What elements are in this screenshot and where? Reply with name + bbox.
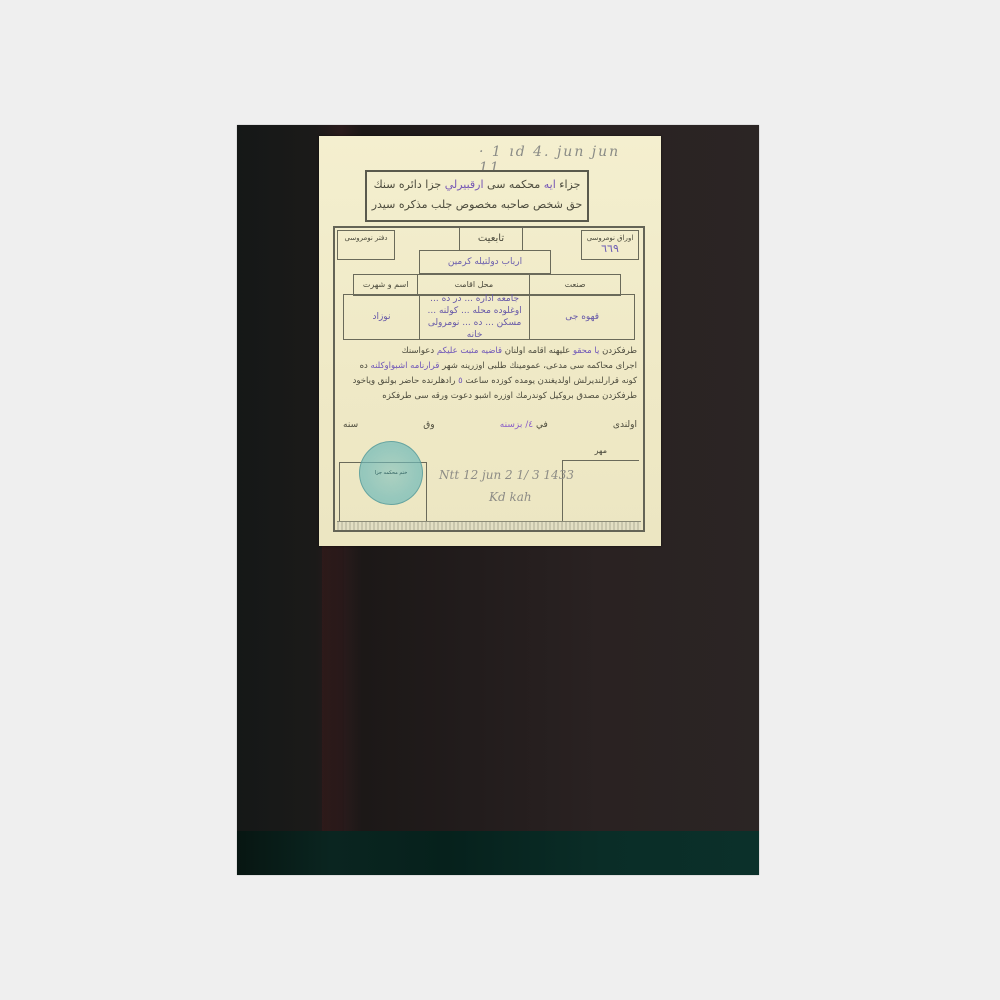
cell-name: نوزاد xyxy=(344,295,419,339)
cover-band xyxy=(237,831,759,875)
pencil-note: Ntt 12 jun 2 1/ 3 1433 Kd kah xyxy=(439,464,659,508)
col-name: اسم و شهرت xyxy=(354,275,417,295)
document-number: ٦٦٩ xyxy=(582,242,638,255)
nationality-value: ارباب دولتيله كرمين xyxy=(419,250,551,274)
body-line: اجراى محاكمه سى مدعى، عمومينك طلبى اوزري… xyxy=(343,359,637,374)
document-number-box: اوراق نومروسى ٦٦٩ xyxy=(581,230,639,260)
court-stamp: ختم محكمه جزا xyxy=(359,441,423,505)
col-occupation: صنعت xyxy=(529,275,620,295)
summons-document: · 1 ıd 4. jun jun 11. جزاء ايه محكمه سى … xyxy=(319,136,661,546)
col-residence: محل اقامت xyxy=(417,275,529,295)
cover-spine-shadow xyxy=(322,545,344,875)
time-label: وق xyxy=(423,420,434,430)
body-line: طرفكزدن يا محقو عليهنه اقامه اولنان قاضي… xyxy=(343,344,637,359)
body-line: طرفكزدن مصدق بروكيل كوندرمك اوزره اشبو د… xyxy=(343,389,637,404)
summons-body: طرفكزدن يا محقو عليهنه اقامه اولنان قاضي… xyxy=(343,344,637,404)
form-frame: دفتر نومروسى اوراق نومروسى ٦٦٩ تابعيت ار… xyxy=(333,226,645,532)
date-value: ٤/ بزسنه xyxy=(500,420,533,430)
header-line-2: حق شخص صاحبه مخصوص جلب مذكره سيدر xyxy=(367,195,587,215)
body-line: كونه قرارلنديرلش اولديغندن يومده كوزده س… xyxy=(343,374,637,389)
delivered-label: اولندى xyxy=(613,420,637,430)
nationality-title: تابعيت xyxy=(459,228,523,251)
year-label: سنه xyxy=(343,420,358,430)
signature-label: مهر xyxy=(595,446,607,455)
header-box: جزاء ايه محكمه سى ارقبيرلي جزا دائره سنك… xyxy=(365,170,589,222)
cell-residence: جامعه اداره ... در ده ... اوغلوده محله .… xyxy=(419,295,529,339)
date-label: في xyxy=(536,420,548,430)
delivery-row: اولندى في ٤/ بزسنه وق سنه xyxy=(343,420,637,430)
cell-occupation: قهوه جى xyxy=(529,295,634,339)
register-number-box: دفتر نومروسى xyxy=(337,230,395,260)
table-row: قهوه جى جامعه اداره ... در ده ... اوغلود… xyxy=(343,294,635,340)
decorative-border xyxy=(337,521,641,530)
header-line-1: جزاء ايه محكمه سى ارقبيرلي جزا دائره سنك xyxy=(367,175,587,195)
